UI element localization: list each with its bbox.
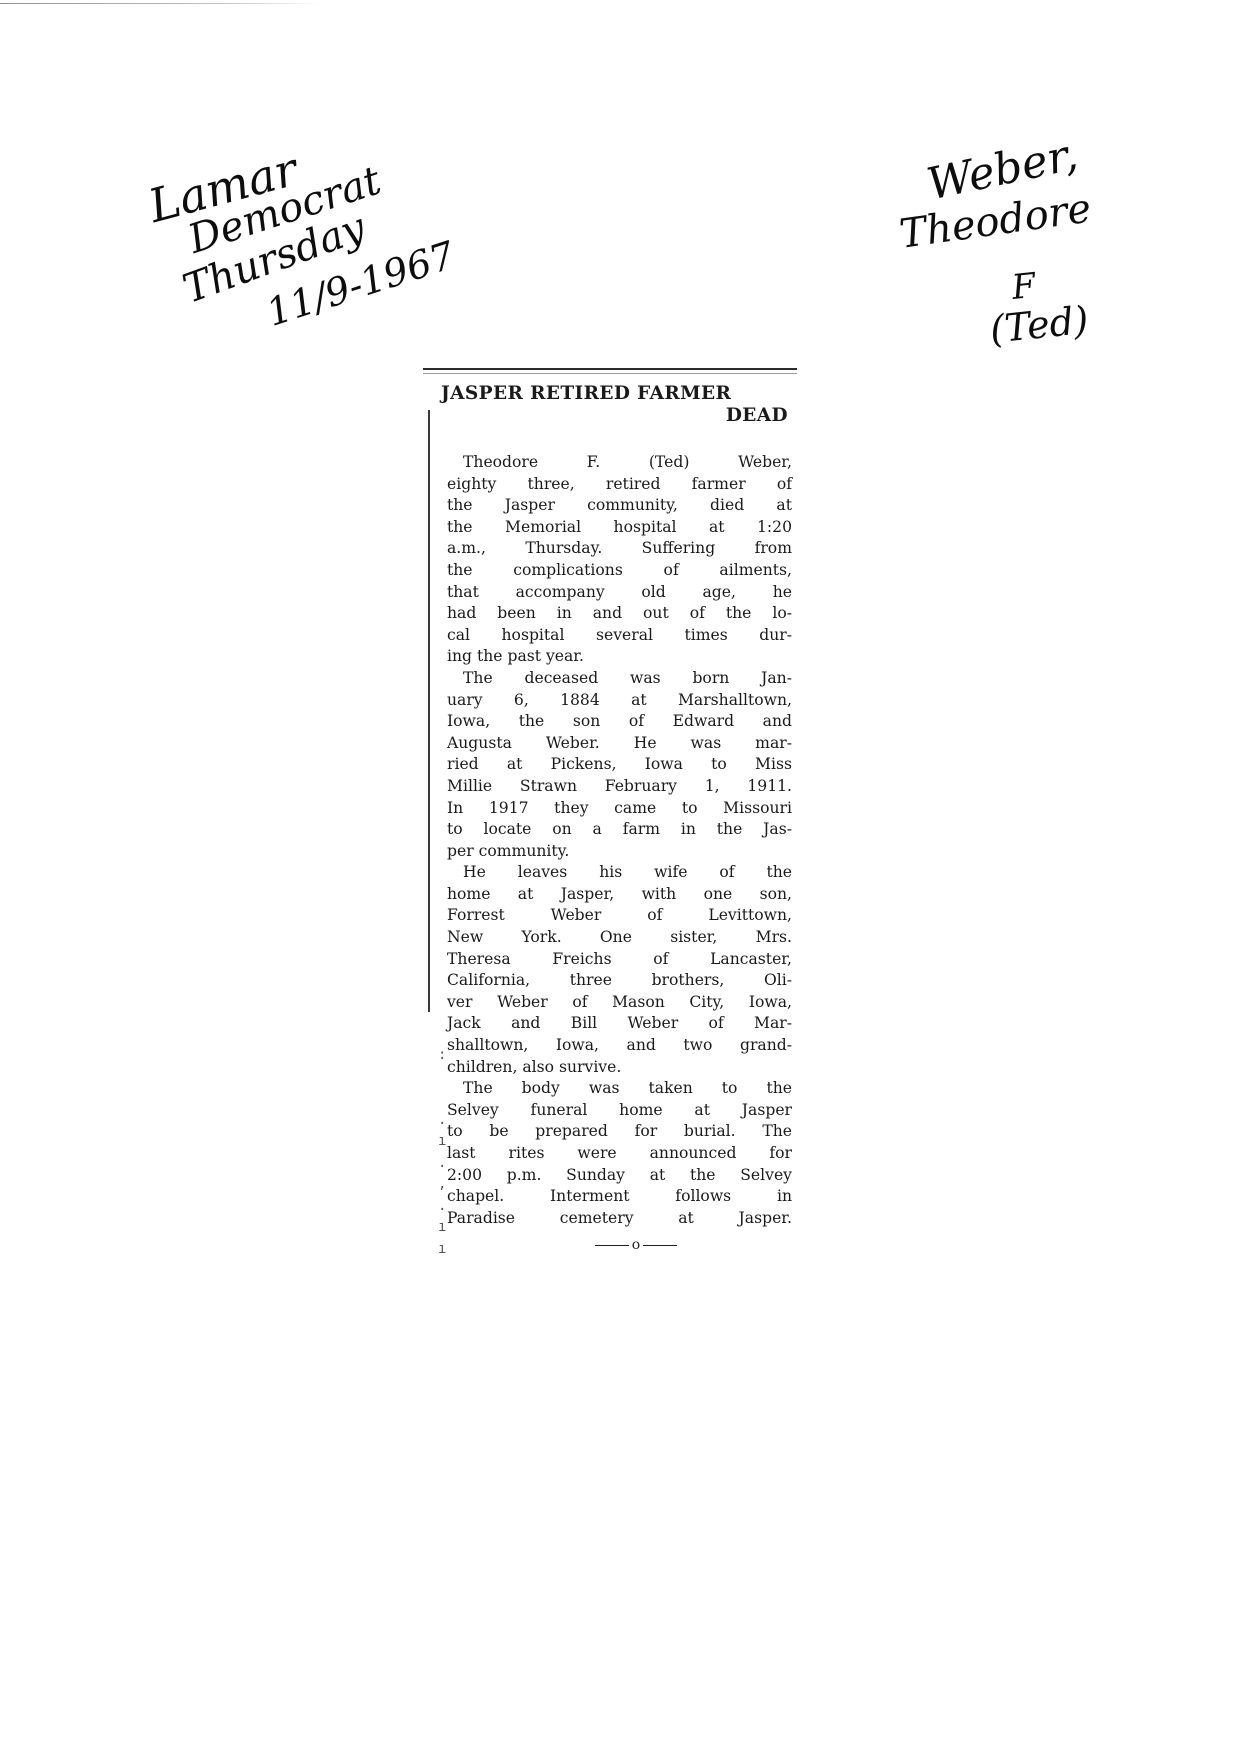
article-line: In 1917 they came to Missouri [447, 798, 792, 820]
article-line: ver Weber of Mason City, Iowa, [447, 992, 792, 1014]
headline-line-1: JASPER RETIRED FARMER [441, 383, 788, 405]
article-line: Iowa, the son of Edward and [447, 711, 792, 733]
article-line: He leaves his wife of the [447, 862, 792, 884]
article-line: Theresa Freichs of Lancaster, [447, 949, 792, 971]
article-line: per community. [447, 841, 792, 863]
article-line: Jack and Bill Weber of Mar- [447, 1013, 792, 1035]
annotation-initial: F [1010, 266, 1038, 308]
article-line: cal hospital several times dur- [447, 625, 792, 647]
scan-edge-line [0, 3, 320, 4]
article-line: eighty three, retired farmer of [447, 474, 792, 496]
article-line: Selvey funeral home at Jasper [447, 1100, 792, 1122]
annotation-nickname: (Ted) [988, 298, 1091, 352]
article-line: had been in and out of the lo- [447, 603, 792, 625]
article-line: The deceased was born Jan- [447, 668, 792, 690]
clipping-top-rule [423, 368, 797, 370]
clipping-left-border [428, 410, 430, 1012]
article-line: ing the past year. [447, 646, 792, 668]
article-line: the Jasper community, died at [447, 495, 792, 517]
clipping-top-rule-thin [423, 373, 797, 374]
article-line: ried at Pickens, Iowa to Miss [447, 754, 792, 776]
article-line: chapel. Interment follows in [447, 1186, 792, 1208]
article-line: New York. One sister, Mrs. [447, 927, 792, 949]
article-line: home at Jasper, with one son, [447, 884, 792, 906]
article-line: children, also survive. [447, 1057, 792, 1079]
article-line: the Memorial hospital at 1:20 [447, 517, 792, 539]
article-line: to locate on a farm in the Jas- [447, 819, 792, 841]
article-line: Augusta Weber. He was mar- [447, 733, 792, 755]
article-line: Forrest Weber of Levittown, [447, 905, 792, 927]
article-line: to be prepared for burial. The [447, 1121, 792, 1143]
article-line: last rites were announced for [447, 1143, 792, 1165]
article-line: Millie Strawn February 1, 1911. [447, 776, 792, 798]
clipping-body: Theodore F. (Ted) Weber,eighty three, re… [447, 452, 792, 1229]
article-line: Paradise cemetery at Jasper. [447, 1208, 792, 1230]
article-line: 2:00 p.m. Sunday at the Selvey [447, 1165, 792, 1187]
article-line: a.m., Thursday. Suffering from [447, 538, 792, 560]
headline-line-2: DEAD [441, 405, 788, 427]
article-line: that accompany old age, he [447, 582, 792, 604]
article-line: shalltown, Iowa, and two grand- [447, 1035, 792, 1057]
article-line: uary 6, 1884 at Marshalltown, [447, 690, 792, 712]
article-line: California, three brothers, Oli- [447, 970, 792, 992]
article-line: The body was taken to the [447, 1078, 792, 1100]
article-line: Theodore F. (Ted) Weber, [447, 452, 792, 474]
clipping-end-mark: o [586, 1237, 686, 1253]
article-line: the complications of ailments, [447, 560, 792, 582]
clipping-headline: JASPER RETIRED FARMER DEAD [441, 383, 788, 427]
